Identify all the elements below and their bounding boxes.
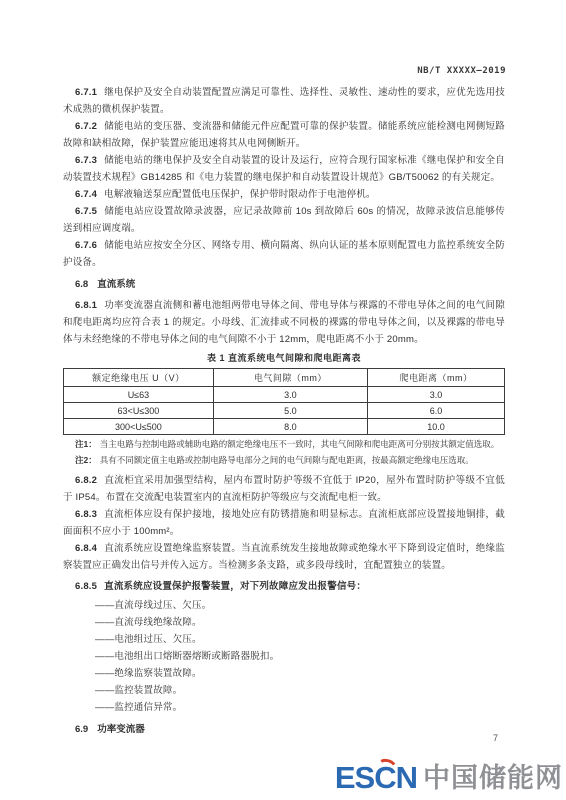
alarm-list: ——直流母线过压、欠压。 ——直流母线绝缘故障。 ——电池组过压、欠压。 ——电… (63, 597, 505, 716)
clause-number: 6.8.3 (75, 509, 97, 520)
clause-6-7-4: 6.7.4电解液输送泵应配置低电压保护，保护带时限动作于电池停机。 (63, 186, 505, 203)
doc-number: NB/T XXXXX—2019 (417, 66, 506, 76)
page-number: 7 (493, 733, 498, 743)
table-cell: 10.0 (367, 419, 504, 435)
alarm-item: ——电池组过压、欠压。 (95, 631, 505, 648)
clause-text: 功率变流器直流侧和蓄电池组两带电导体之间、带电导体与裸露的不带电导体之间的电气间… (63, 300, 505, 345)
clause-number: 6.7.2 (75, 121, 97, 132)
alarm-item: ——监控装置故障。 (95, 682, 505, 699)
clause-number: 6.7.6 (75, 240, 97, 251)
section-title: 直流系统 (97, 279, 135, 290)
table-header-row: 额定绝缘电压 U（V） 电气间隙（mm） 爬电距离（mm） (64, 369, 505, 387)
logo-chinese-text: 中国储能网 (423, 760, 563, 796)
alarm-item: ——绝缘监察装置故障。 (95, 665, 505, 682)
table-note-2: 注2：具有不同额定值主电路或控制电路导电部分之间的电气间隙与配电距离，按最高额定… (63, 453, 505, 469)
clause-6-8-3: 6.8.3直流柜体应设有保护接地，接地处应有防锈措施和明显标志。直流柜底部应设置… (63, 506, 505, 540)
clause-number: 6.8.2 (75, 475, 97, 486)
table-cell: 6.0 (367, 403, 504, 419)
clause-text: 储能电站应设置故障录波器，应记录故障前 10s 到故障后 60s 的情况，故障录… (63, 206, 505, 234)
clause-text: 继电保护及安全自动装置配置应满足可靠性、选择性、灵敏性、速动性的要求，应优先选用… (63, 87, 505, 115)
alarm-item: ——直流母线过压、欠压。 (95, 597, 505, 614)
clause-text: 直流系统应设置保护报警装置，对下列故障应发出报警信号： (104, 581, 366, 592)
table-notes: 注1：当主电路与控制电路或辅助电路的额定绝缘电压不一致时，其电气间隙和爬电距离可… (63, 437, 505, 468)
table-row: 63<U≤300 5.0 6.0 (64, 403, 505, 419)
clause-number: 6.8.4 (75, 543, 97, 554)
table-cell: 63<U≤300 (64, 403, 214, 419)
note-label: 注1： (75, 439, 97, 449)
section-title: 功率变流器 (97, 724, 145, 735)
section-heading-6-9: 6.9功率变流器 (63, 721, 505, 738)
escn-logo: ESCN 中国储能网 (335, 758, 563, 798)
alarm-item: ——直流母线绝缘故障。 (95, 614, 505, 631)
clause-6-8-4: 6.8.4直流系统应设置绝缘监察装置。当直流系统发生接地故障或绝缘水平下降到设定… (63, 540, 505, 574)
table-cell: 5.0 (213, 403, 367, 419)
clause-6-7-1: 6.7.1继电保护及安全自动装置配置应满足可靠性、选择性、灵敏性、速动性的要求，… (63, 84, 505, 118)
table-header-cell: 额定绝缘电压 U（V） (64, 369, 214, 387)
clause-text: 直流系统应设置绝缘监察装置。当直流系统发生接地故障或绝缘水平下降到设定值时，绝缘… (63, 543, 505, 571)
table-cell: 3.0 (213, 387, 367, 403)
clause-6-7-5: 6.7.5储能电站应设置故障录波器，应记录故障前 10s 到故障后 60s 的情… (63, 203, 505, 237)
alarm-item: ——电池组出口熔断器熔断或断路器脱扣。 (95, 648, 505, 665)
clause-number: 6.7.5 (75, 206, 97, 217)
clause-6-8-1: 6.8.1功率变流器直流侧和蓄电池组两带电导体之间、带电导体与裸露的不带电导体之… (63, 297, 505, 348)
clause-6-8-2: 6.8.2直流柜宜采用加强型结构，屋内布置时防护等级不宜低于 IP20，屋外布置… (63, 472, 505, 506)
clause-number: 6.8.1 (75, 300, 97, 311)
clause-text: 储能电站应按安全分区、网络专用、横向隔离、纵向认证的基本原则配置电力监控系统安全… (63, 240, 505, 268)
clause-6-7-6: 6.7.6储能电站应按安全分区、网络专用、横向隔离、纵向认证的基本原则配置电力监… (63, 237, 505, 271)
clause-6-7-3: 6.7.3储能电站的继电保护及安全自动装置的设计及运行，应符合现行国家标准《继电… (63, 152, 505, 186)
note-text: 当主电路与控制电路或辅助电路的额定绝缘电压不一致时，其电气间隙和爬电距离可分别按… (100, 439, 500, 449)
clause-number: 6.7.1 (75, 87, 97, 98)
table-row: 300<U≤500 8.0 10.0 (64, 419, 505, 435)
note-label: 注2： (75, 455, 97, 465)
escn-logo-text: ESCN (335, 760, 417, 796)
clause-number: 6.7.3 (75, 155, 97, 166)
document-page: NB/T XXXXX—2019 6.7.1继电保护及安全自动装置配置应满足可靠性… (0, 0, 566, 800)
clause-text: 电解液输送泵应配置低电压保护，保护带时限动作于电池停机。 (104, 189, 376, 200)
clause-text: 储能电站的变压器、变流器和储能元件应配置可靠的保护装置。储能系统应能检测电网侧短… (63, 121, 505, 149)
table-cell: 8.0 (213, 419, 367, 435)
clause-number: 6.8.5 (75, 581, 97, 592)
clause-6-8-5: 6.8.5直流系统应设置保护报警装置，对下列故障应发出报警信号： (63, 578, 505, 595)
alarm-item: ——监控通信异常。 (95, 699, 505, 716)
table-cell: 3.0 (367, 387, 504, 403)
section-heading-6-8: 6.8直流系统 (63, 276, 505, 293)
table-row: U≤63 3.0 3.0 (64, 387, 505, 403)
table-cell: U≤63 (64, 387, 214, 403)
clause-6-7-2: 6.7.2储能电站的变压器、变流器和储能元件应配置可靠的保护装置。储能系统应能检… (63, 118, 505, 152)
clause-text: 直流柜体应设有保护接地，接地处应有防锈措施和明显标志。直流柜底部应设置接地铜排，… (63, 509, 505, 537)
note-text: 具有不同额定值主电路或控制电路导电部分之间的电气间隙与配电距离，按最高额定绝缘电… (100, 455, 474, 465)
table-1: 额定绝缘电压 U（V） 电气间隙（mm） 爬电距离（mm） U≤63 3.0 3… (63, 368, 505, 435)
clause-text: 直流柜宜采用加强型结构，屋内布置时防护等级不宜低于 IP20，屋外布置时防护等级… (63, 475, 505, 503)
page-content: 6.7.1继电保护及安全自动装置配置应满足可靠性、选择性、灵敏性、速动性的要求，… (63, 84, 505, 742)
table-title: 表 1 直流系统电气间隙和爬电距离表 (63, 352, 505, 365)
section-number: 6.8 (75, 279, 88, 290)
table-header-cell: 爬电距离（mm） (367, 369, 504, 387)
table-cell: 300<U≤500 (64, 419, 214, 435)
section-number: 6.9 (75, 724, 88, 735)
table-header-cell: 电气间隙（mm） (213, 369, 367, 387)
clause-number: 6.7.4 (75, 189, 97, 200)
clause-text: 储能电站的继电保护及安全自动装置的设计及运行，应符合现行国家标准《继电保护和安全… (63, 155, 505, 183)
table-note-1: 注1：当主电路与控制电路或辅助电路的额定绝缘电压不一致时，其电气间隙和爬电距离可… (63, 437, 505, 453)
